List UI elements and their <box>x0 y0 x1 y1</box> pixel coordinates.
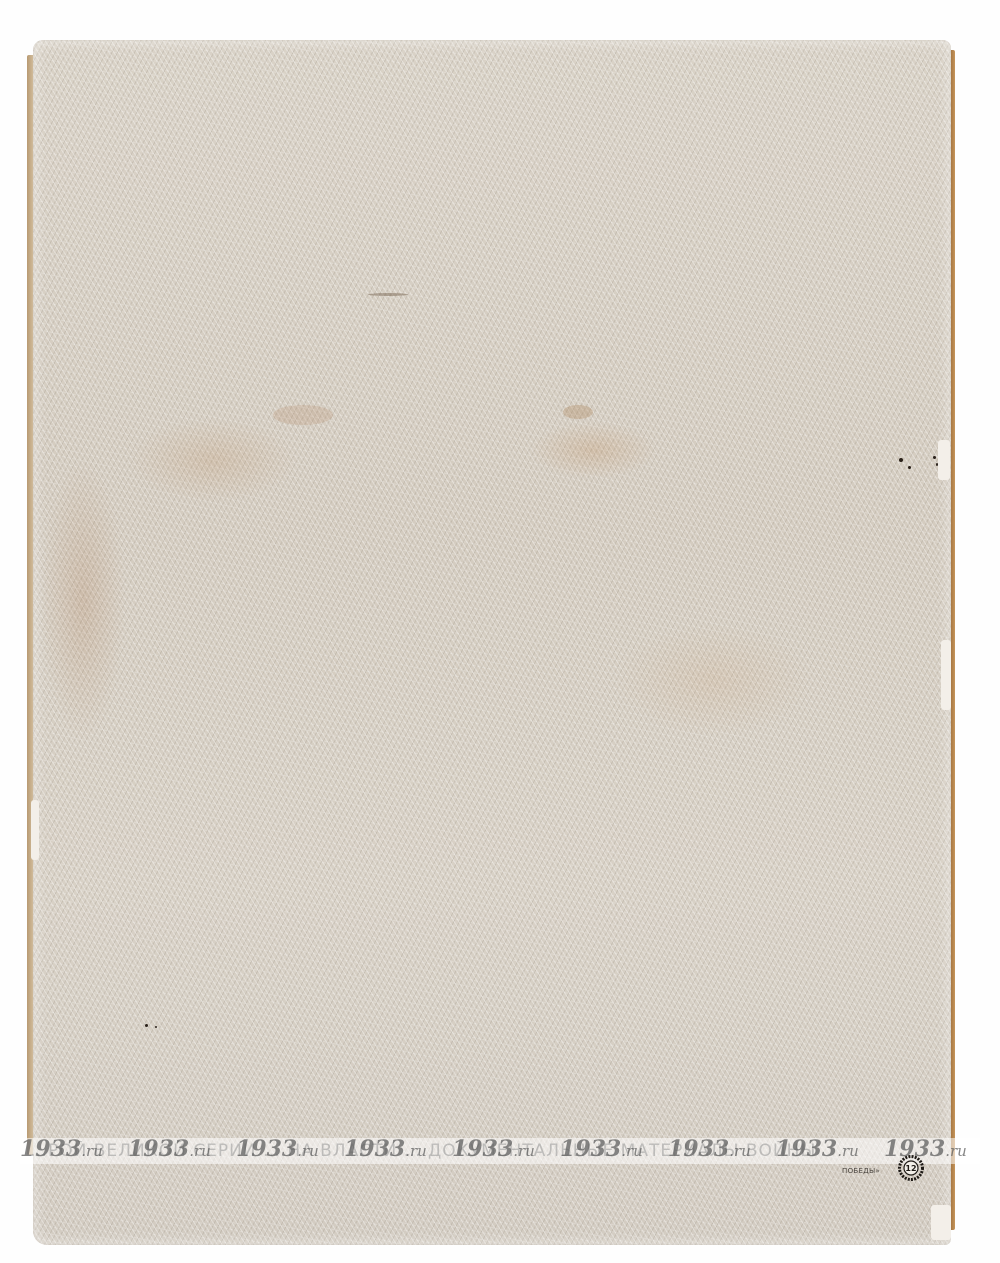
stain-mark <box>368 293 408 296</box>
publisher-seal-icon: 12 <box>898 1155 924 1181</box>
stain-mark <box>273 405 333 425</box>
watermark-item: 1933.ru <box>560 1133 668 1165</box>
watermark-item: 1933.ru <box>776 1133 884 1165</box>
ink-speck <box>155 1026 157 1028</box>
page-background: …РОЙ ВЕЛИКОЙ СЕРИИ … НА ВЛАСТИ … ДОКУМЕН… <box>0 0 1000 1263</box>
publisher-imprint-text: ПОБЕДЫ» <box>842 1167 880 1175</box>
textured-back-cover <box>33 40 951 1245</box>
stain-mark <box>563 405 593 419</box>
watermark-item: 1933.ru <box>452 1133 560 1165</box>
watermark-item: 1933.ru <box>344 1133 452 1165</box>
ink-speck <box>899 458 903 462</box>
worn-edge <box>931 1205 951 1240</box>
worn-edge <box>941 640 951 710</box>
watermark-item: 1933.ru <box>236 1133 344 1165</box>
ink-speck <box>145 1024 148 1027</box>
ink-speck <box>908 466 911 469</box>
watermark-item: 1933.ru <box>128 1133 236 1165</box>
watermark-item: 1933.ru <box>668 1133 776 1165</box>
watermark-row: 1933.ru 1933.ru 1933.ru 1933.ru 1933.ru … <box>20 1133 1000 1165</box>
watermark-item: 1933.ru <box>20 1133 128 1165</box>
stamp-label: 12 <box>905 1164 916 1173</box>
worn-edge <box>938 440 950 480</box>
worn-edge <box>31 800 39 860</box>
ink-speck <box>933 456 936 459</box>
